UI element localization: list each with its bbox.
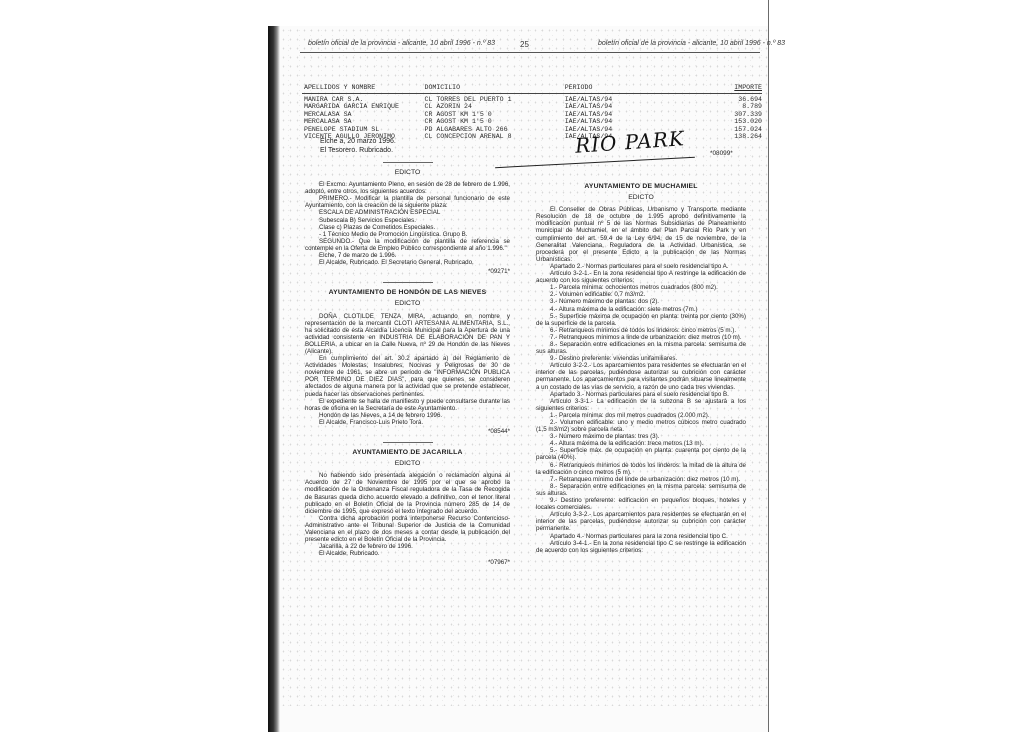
cell-amount: 153.020 — [691, 118, 762, 125]
table-row: MERCALASA SACR AGOST KM 1'5 0IAE/ALTAS/9… — [302, 111, 762, 118]
paragraph: Artículo 3-2-1.- En la zona residencial … — [536, 270, 746, 284]
signature: El Tesorero. Rubricado. — [320, 147, 500, 156]
table-row: MERCALASA SACR AGOST KM 1'5 0IAE/ALTAS/9… — [302, 118, 762, 125]
reference-number: *07967* — [305, 559, 510, 566]
cell-name: MERCALASA SA — [302, 118, 414, 125]
cell-address: CR AGOST KM 1'5 0 — [414, 118, 552, 125]
binding-shadow — [268, 26, 280, 732]
paragraph: 4.- Altura máxima de la edificación: tre… — [536, 440, 746, 447]
edicto-title: EDICTO — [305, 460, 510, 467]
col-header-period: PERIODO — [553, 84, 691, 93]
paragraph: 5.- Superficie máx. de ocupación en plan… — [536, 447, 746, 461]
paragraph: 9.- Destino preferente: viviendas unifam… — [536, 355, 746, 362]
paragraph: El Conseller de Obras Públicas, Urbanism… — [536, 206, 746, 263]
paragraph: 3.- Número máximo de plantas: dos (2). — [536, 298, 746, 305]
paragraph: En cumplimiento del art. 30.2 apartado a… — [305, 355, 510, 398]
table-row: MARGARIDA GARCIA ENRIQUECL AZORIN 24IAE/… — [302, 103, 762, 110]
edicto-title: EDICTO — [536, 194, 746, 201]
paragraph: 2.- Volumen edificable: uno y medio metr… — [536, 419, 746, 433]
page-number: 25 — [520, 40, 529, 49]
cell-period: IAE/ALTAS/94 — [553, 103, 691, 110]
reference-number: *09271* — [305, 268, 510, 275]
paragraph: Artículo 3-2-2.- Los aparcamientos para … — [536, 362, 746, 390]
cell-address: PD ALGABARES ALTO 266 — [414, 126, 552, 133]
place-date: Elche a, 20 marzo 1996. — [320, 138, 500, 147]
paragraph: 3.- Número máximo de plantas: tres (3). — [536, 433, 746, 440]
cell-name: MERCALASA SA — [302, 111, 414, 118]
right-column: AYUNTAMIENTO DE MUCHAMIEL EDICTO El Cons… — [536, 178, 746, 554]
paragraph: 1.- Parcela mínima: ochocientos metros c… — [536, 284, 746, 291]
cell-address: CL AZORIN 24 — [414, 103, 552, 110]
running-head-right: boletín oficial de la provincia - alican… — [598, 40, 785, 47]
paragraph: Artículo 3-4-1.- En la zona residencial … — [536, 540, 746, 554]
paragraph: Apartado 4.- Normas particulares para la… — [536, 533, 746, 540]
cell-amount: 307.339 — [691, 111, 762, 118]
left-column: EDICTO El Excmo. Ayuntamiento Pleno, en … — [305, 160, 510, 569]
cell-name: MARGARIDA GARCIA ENRIQUE — [302, 103, 414, 110]
edicto-title: EDICTO — [305, 169, 510, 176]
paragraph: Artículo 3-3-1.- La edificación de la su… — [536, 398, 746, 412]
cell-period: IAE/ALTAS/94 — [553, 118, 691, 125]
cell-name: MANIRA CAR S.A. — [302, 96, 414, 103]
paragraph: 5.- Superficie máxima de ocupación en pl… — [536, 313, 746, 327]
table-row: PENELOPE STADIUM SLPD ALGABARES ALTO 266… — [302, 126, 762, 133]
paragraph: 4.- Altura máxima de la edificación: sie… — [536, 306, 746, 313]
paragraph: Apartado 2.- Normas particulares para el… — [536, 263, 746, 270]
separator — [383, 162, 433, 163]
paragraph: 8.- Separación entre edificaciones en la… — [536, 341, 746, 355]
paragraph: Subescala B) Servicios Especiales. — [305, 217, 510, 224]
cell-address: CR AGOST KM 1'5 0 — [414, 111, 552, 118]
page-edge — [768, 0, 769, 732]
table-body: MANIRA CAR S.A.CL TORRES DEL PUERTO 1IAE… — [302, 96, 762, 140]
edicto-title: EDICTO — [305, 300, 510, 307]
cell-address: CL TORRES DEL PUERTO 1 — [414, 96, 552, 103]
signature-line: Elche, 7 de marzo de 1.996. — [305, 252, 510, 259]
paragraph: 6.- Retranqueos mínimos de todos los lin… — [536, 327, 746, 334]
paragraph: Contra dicha aprobación podrá interponer… — [305, 515, 510, 543]
signature-line: El Alcalde, Rubricado. — [305, 550, 510, 557]
signature-line: Jacarilla, a 22 de febrero de 1996. — [305, 543, 510, 550]
paragraph: ESCALA DE ADMINISTRACIÓN ESPECIAL — [305, 209, 510, 216]
edicto-body: El Conseller de Obras Públicas, Urbanism… — [536, 206, 746, 554]
paragraph: Apartado 3.- Normas particulares para el… — [536, 391, 746, 398]
running-head-left: boletín oficial de la provincia - alican… — [308, 40, 495, 47]
paragraph: 8.- Separación entre edificaciones en la… — [536, 483, 746, 497]
separator — [383, 442, 433, 443]
cell-amount: 36.694 — [691, 96, 762, 103]
section-heading: AYUNTAMIENTO DE HONDÓN DE LAS NIEVES — [305, 289, 510, 296]
paragraph: DOÑA CLOTILDE TENZA MIRA, actuando en no… — [305, 313, 510, 356]
paragraph: 7.- Retranqueo mínimo del linde de urban… — [536, 476, 746, 483]
cell-period: IAE/ALTAS/94 — [553, 111, 691, 118]
reference-number: *08544* — [305, 428, 510, 435]
table-header: APELLIDOS Y NOMBRE DOMICILIO PERIODO IMP… — [302, 84, 762, 94]
separator — [383, 282, 433, 283]
signature-line: El Alcalde, Rubricado. El Secretario Gen… — [305, 259, 510, 266]
section-heading: AYUNTAMIENTO DE MUCHAMIEL — [536, 183, 746, 190]
paragraph: 1.- Parcela mínima: dos mil metros cuadr… — [536, 412, 746, 419]
paragraph: 9.- Destino preferente: edificación en p… — [536, 497, 746, 511]
signature-line: El Alcalde, Francisco-Luis Prieto Torá. — [305, 419, 510, 426]
col-header-name: APELLIDOS Y NOMBRE — [302, 84, 414, 93]
table-row: MANIRA CAR S.A.CL TORRES DEL PUERTO 1IAE… — [302, 96, 762, 103]
cell-amount: 8.789 — [691, 103, 762, 110]
paragraph: El expediente se halla de manifiesto y p… — [305, 398, 510, 412]
edicto-body: DOÑA CLOTILDE TENZA MIRA, actuando en no… — [305, 313, 510, 427]
signature-line: Hondón de las Nieves, a 14 de febrero 19… — [305, 412, 510, 419]
table-footer: Elche a, 20 marzo 1996. El Tesorero. Rub… — [320, 138, 500, 155]
cell-period: IAE/ALTAS/94 — [553, 96, 691, 103]
cell-amount: 138.264 — [691, 133, 762, 140]
header-rule — [300, 52, 760, 53]
paragraph: 2.- Volumen edificable: 0,7 m3/m2. — [536, 291, 746, 298]
reference-number: *08099* — [710, 150, 733, 157]
cell-name: PENELOPE STADIUM SL — [302, 126, 414, 133]
edicto-body: No habiendo sido presentada alegación o … — [305, 472, 510, 557]
paragraph: - 1 Técnico Medio de Promoción Lingüísti… — [305, 231, 510, 238]
paragraph: Artículo 3-3-2.- Los aparcamientos para … — [536, 511, 746, 532]
paragraph: SEGUNDO.- Que la modificación de plantil… — [305, 238, 510, 252]
section-heading: AYUNTAMIENTO DE JACARILLA — [305, 449, 510, 456]
edicto-body: El Excmo. Ayuntamiento Pleno, en sesión … — [305, 181, 510, 266]
cell-amount: 157.024 — [691, 126, 762, 133]
paragraph: El Excmo. Ayuntamiento Pleno, en sesión … — [305, 181, 510, 195]
paragraph: 7.- Retranqueos mínimos a linde de urban… — [536, 334, 746, 341]
paragraph: Clase c) Plazas de Cometidos Especiales. — [305, 224, 510, 231]
tax-table: APELLIDOS Y NOMBRE DOMICILIO PERIODO IMP… — [302, 84, 762, 140]
col-header-address: DOMICILIO — [414, 84, 552, 93]
paragraph: PRIMERO.- Modificar la plantilla de pers… — [305, 195, 510, 209]
paragraph: 6.- Retranqueos mínimos de todos los lin… — [536, 462, 746, 476]
col-header-amount: IMPORTE — [691, 84, 762, 93]
paragraph: No habiendo sido presentada alegación o … — [305, 472, 510, 515]
